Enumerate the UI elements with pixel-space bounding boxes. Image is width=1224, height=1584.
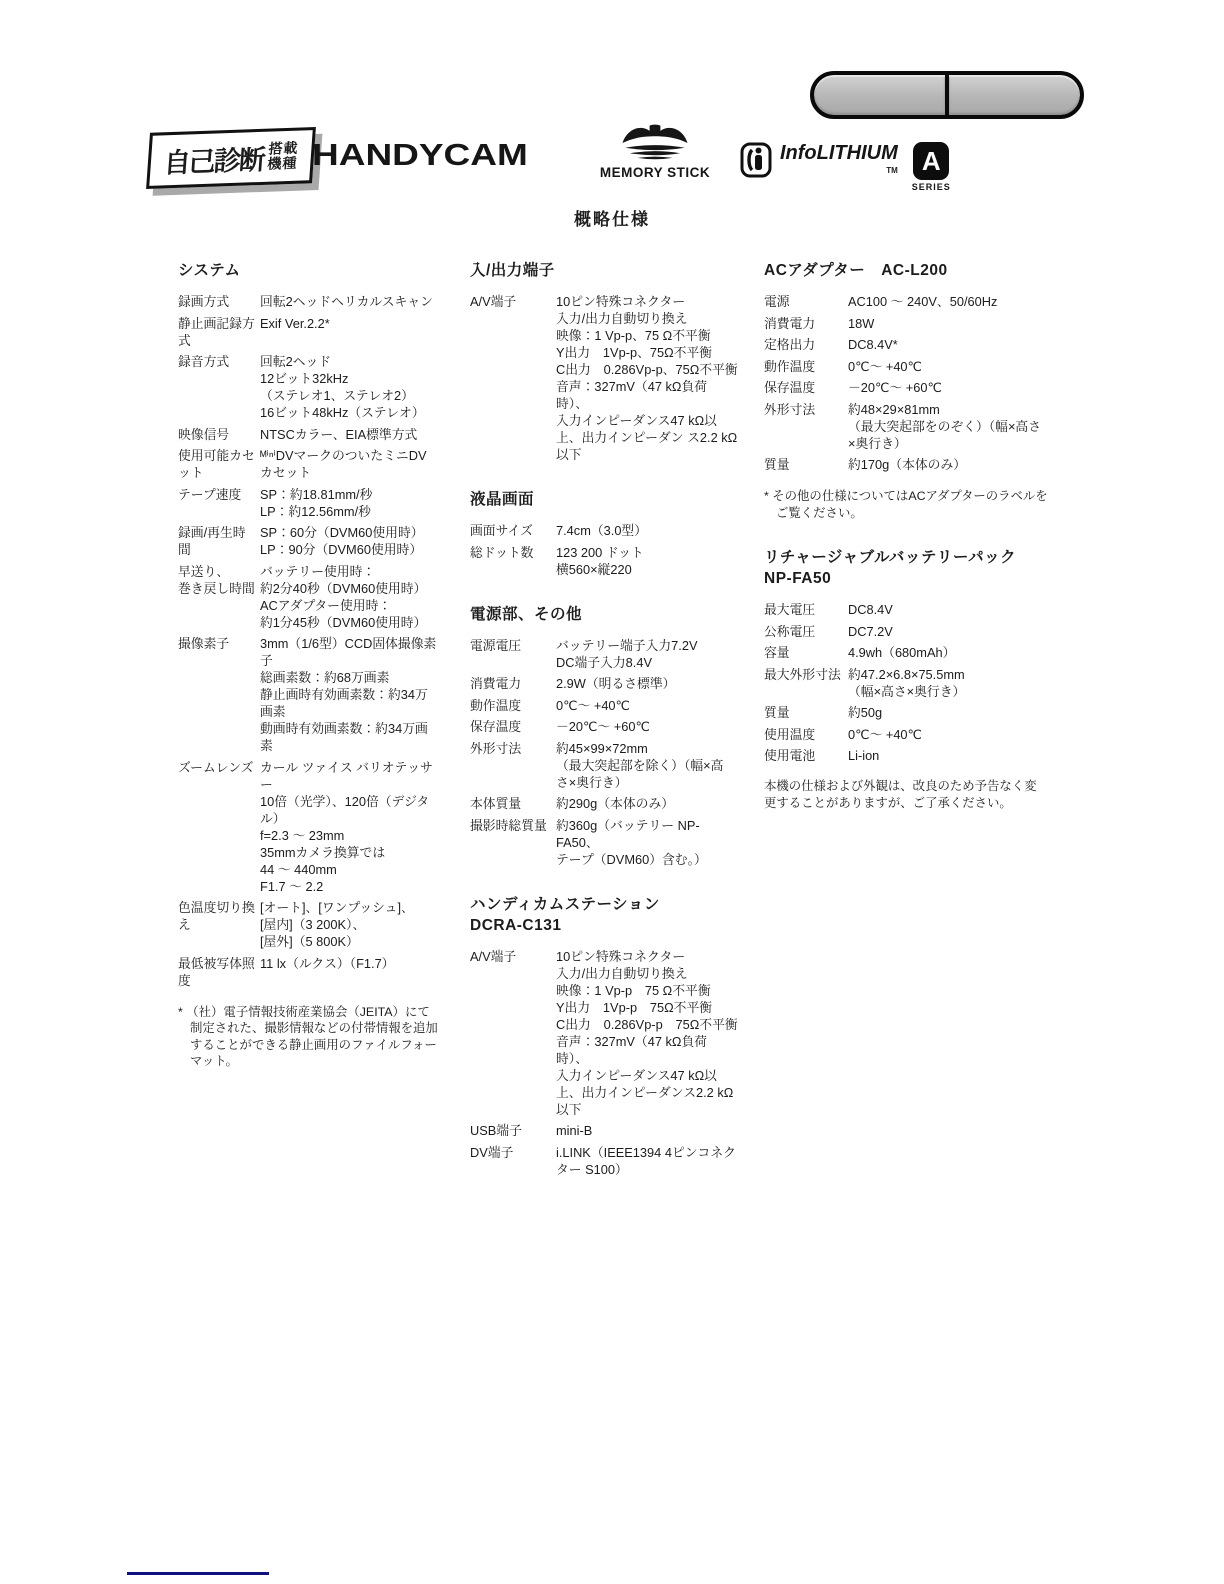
handycam-logo: HANDYCAM	[312, 138, 572, 172]
spec-value: DC8.4V	[848, 601, 1048, 618]
spec-section: 電源部、その他電源電圧バッテリー端子入力7.2V DC端子入力8.4V消費電力2…	[470, 604, 738, 868]
spec-value: [オート]、[ワンプッシュ]、 [屋内]（3 200K）、 [屋外]（5 800…	[260, 899, 438, 950]
spec-row: テープ速度SP：約18.81mm/秒 LP：約12.56mm/秒	[178, 486, 438, 520]
spec-row: 録画/再生時間SP：60分（DVM60使用時） LP：90分（DVM60使用時）	[178, 524, 438, 558]
spec-row: 撮像素子3mm（1/6型）CCD固体撮像素子 総画素数：約68万画素 静止画時有…	[178, 635, 438, 754]
spec-row: 動作温度0℃～ +40℃	[764, 358, 1048, 375]
spec-row: 公称電圧DC7.2V	[764, 623, 1048, 640]
spec-row: A/V端子10ピン特殊コネクター 入力/出力自動切り換え 映像：1 Vp-p、7…	[470, 293, 738, 463]
spec-label: 使用可能カセット	[178, 447, 260, 481]
spec-label: 録画/再生時間	[178, 524, 260, 558]
spec-value: AC100 ～ 240V、50/60Hz	[848, 293, 1048, 310]
spec-label: 画面サイズ	[470, 522, 556, 539]
spec-page: 自己診断 搭載 機種 HANDYCAM MEMORY STICK InfoLIT…	[0, 0, 1224, 1584]
spec-value: 回転2ヘッド 12ビット32kHz （ステレオ1、ステレオ2） 16ビット48k…	[260, 353, 438, 421]
spec-label: ズームレンズ	[178, 759, 260, 895]
spec-row: 録音方式回転2ヘッド 12ビット32kHz （ステレオ1、ステレオ2） 16ビッ…	[178, 353, 438, 421]
spec-label: 質量	[764, 704, 848, 721]
spec-row: 静止画記録方式Exif Ver.2.2*	[178, 315, 438, 349]
spec-label: 保存温度	[764, 379, 848, 396]
spec-value: 約170g（本体のみ）	[848, 456, 1048, 473]
spec-row: 色温度切り換え[オート]、[ワンプッシュ]、 [屋内]（3 200K）、 [屋外…	[178, 899, 438, 950]
footer-link-rule[interactable]	[127, 1572, 269, 1575]
spec-row: 画面サイズ7.4cm（3.0型）	[470, 522, 738, 539]
spec-value: 0℃～ +40℃	[848, 726, 1048, 743]
spec-value: 11 lx（ルクス）（F1.7）	[260, 955, 438, 989]
memory-stick-logo: MEMORY STICK	[590, 120, 720, 180]
spec-row: 最低被写体照度11 lx（ルクス）（F1.7）	[178, 955, 438, 989]
spec-label: 容量	[764, 644, 848, 661]
spec-row: 最大外形寸法約47.2×6.8×75.5mm （幅×高さ×奥行き）	[764, 666, 1048, 700]
spec-value: NTSCカラー、EIA標準方式	[260, 426, 438, 443]
infolithium-text: InfoLITHIUM	[780, 142, 898, 165]
spec-value: 2.9W（明るさ標準）	[556, 675, 738, 692]
spec-row: ズームレンズカール ツァイス バリオテッサー 10倍（光学）、120倍（デジタル…	[178, 759, 438, 895]
spec-value: i.LINK（IEEE1394 4ピンコネクター S100）	[556, 1144, 738, 1178]
spec-label: 使用温度	[764, 726, 848, 743]
spec-label: 使用電池	[764, 747, 848, 764]
spec-row: A/V端子10ピン特殊コネクター 入力/出力自動切り換え 映像：1 Vp-p 7…	[470, 948, 738, 1118]
spec-row: 保存温度－20℃～ +60℃	[470, 718, 738, 735]
spec-row: 使用温度0℃～ +40℃	[764, 726, 1048, 743]
spec-label: 撮影時総質量	[470, 817, 556, 868]
spec-label: 動作温度	[470, 697, 556, 714]
spec-label: 総ドット数	[470, 544, 556, 578]
spec-row: 総ドット数123 200 ドット 横560×縦220	[470, 544, 738, 578]
section-footnote: * （社）電子情報技術産業協会（JEITA）にて制定された、撮影情報などの付帯情…	[178, 1004, 438, 1070]
infolithium-logo: InfoLITHIUM TM A SERIES	[740, 142, 951, 192]
spec-row: 使用可能カセットᴹⁱⁿⁱDVマークのついたミニDVカセット	[178, 447, 438, 481]
section-title: リチャージャブルバッテリーパック NP-FA50	[764, 547, 1048, 589]
section-title: 電源部、その他	[470, 604, 738, 625]
spec-value: －20℃～ +60℃	[848, 379, 1048, 396]
spec-value: カール ツァイス バリオテッサー 10倍（光学）、120倍（デジタル） f=2.…	[260, 759, 438, 895]
spec-label: 動作温度	[764, 358, 848, 375]
spec-row: 消費電力2.9W（明るさ標準）	[470, 675, 738, 692]
spec-row: 容量4.9wh（680mAh）	[764, 644, 1048, 661]
spec-label: 質量	[764, 456, 848, 473]
spec-value: 4.9wh（680mAh）	[848, 644, 1048, 661]
spec-section: 液晶画面画面サイズ7.4cm（3.0型）総ドット数123 200 ドット 横56…	[470, 489, 738, 578]
spec-row: 外形寸法約48×29×81mm （最大突起部をのぞく）（幅×高さ×奥行き）	[764, 401, 1048, 452]
spec-row: 定格出力DC8.4V*	[764, 336, 1048, 353]
spec-label: 消費電力	[470, 675, 556, 692]
spec-value: 0℃～ +40℃	[848, 358, 1048, 375]
spec-label: 電源電圧	[470, 637, 556, 671]
spec-value: 約47.2×6.8×75.5mm （幅×高さ×奥行き）	[848, 666, 1048, 700]
spec-section: システム録画方式回転2ヘッドヘリカルスキャン静止画記録方式Exif Ver.2.…	[178, 260, 438, 1070]
spec-label: 録音方式	[178, 353, 260, 421]
spec-row: USB端子mini-B	[470, 1122, 738, 1139]
spec-label: A/V端子	[470, 293, 556, 463]
spec-value: 約50g	[848, 704, 1048, 721]
spec-label: 本体質量	[470, 795, 556, 812]
spec-row: 動作温度0℃～ +40℃	[470, 697, 738, 714]
section-footnote: * その他の仕様についてはACアダプターのラベルをご覧ください。	[764, 488, 1048, 521]
infolithium-tm: TM	[886, 166, 898, 175]
spec-column-acadapter-battery: ACアダプター AC-L200電源AC100 ～ 240V、50/60Hz消費電…	[764, 260, 1048, 811]
self-diagnosis-label: 自己診断	[163, 137, 266, 180]
spec-row: 消費電力18W	[764, 315, 1048, 332]
spec-value: 7.4cm（3.0型）	[556, 522, 738, 539]
spec-row: 最大電圧DC8.4V	[764, 601, 1048, 618]
self-diagnosis-sub-bottom: 機種	[267, 156, 298, 172]
spec-column-system: システム録画方式回転2ヘッドヘリカルスキャン静止画記録方式Exif Ver.2.…	[178, 260, 438, 1070]
spec-label: 最大外形寸法	[764, 666, 848, 700]
spec-row: 電源電圧バッテリー端子入力7.2V DC端子入力8.4V	[470, 637, 738, 671]
spec-value: 0℃～ +40℃	[556, 697, 738, 714]
nav-pill-left-button[interactable]	[814, 75, 945, 115]
spec-section: ハンディカムステーション DCRA-C131A/V端子10ピン特殊コネクター 入…	[470, 894, 738, 1178]
spec-label: 最大電圧	[764, 601, 848, 618]
a-series-label: SERIES	[912, 182, 951, 192]
spec-value: Li-ion	[848, 747, 1048, 764]
spec-value: 3mm（1/6型）CCD固体撮像素子 総画素数：約68万画素 静止画時有効画素数…	[260, 635, 438, 754]
spec-label: 撮像素子	[178, 635, 260, 754]
spec-row: 質量約170g（本体のみ）	[764, 456, 1048, 473]
page-title: 概略仕様	[0, 205, 1224, 230]
spec-row: 録画方式回転2ヘッドヘリカルスキャン	[178, 293, 438, 310]
spec-label: 定格出力	[764, 336, 848, 353]
self-diagnosis-badge: 自己診断 搭載 機種	[146, 127, 316, 189]
nav-pill	[810, 71, 1084, 119]
spec-section: リチャージャブルバッテリーパック NP-FA50最大電圧DC8.4V公称電圧DC…	[764, 547, 1048, 811]
spec-value: －20℃～ +60℃	[556, 718, 738, 735]
spec-label: テープ速度	[178, 486, 260, 520]
spec-label: 消費電力	[764, 315, 848, 332]
spec-value: DC8.4V*	[848, 336, 1048, 353]
spec-label: 録画方式	[178, 293, 260, 310]
spec-value: 約360g（バッテリー NP-FA50、 テープ（DVM60）含む。）	[556, 817, 738, 868]
spec-value: DC7.2V	[848, 623, 1048, 640]
self-diagnosis-sub: 搭載 機種	[267, 140, 299, 172]
section-title: システム	[178, 260, 438, 281]
spec-value: バッテリー使用時： 約2分40秒（DVM60使用時） ACアダプター使用時： 約…	[260, 563, 438, 631]
spec-row: 早送り、 巻き戻し時間バッテリー使用時： 約2分40秒（DVM60使用時） AC…	[178, 563, 438, 631]
spec-value: 18W	[848, 315, 1048, 332]
infolithium-wordmark: InfoLITHIUM TM	[780, 142, 898, 175]
spec-row: 撮影時総質量約360g（バッテリー NP-FA50、 テープ（DVM60）含む。…	[470, 817, 738, 868]
spec-label: 電源	[764, 293, 848, 310]
spec-row: 本体質量約290g（本体のみ）	[470, 795, 738, 812]
spec-value: 約48×29×81mm （最大突起部をのぞく）（幅×高さ×奥行き）	[848, 401, 1048, 452]
spec-value: 10ピン特殊コネクター 入力/出力自動切り換え 映像：1 Vp-p 75 Ω不平…	[556, 948, 738, 1118]
section-title: ハンディカムステーション DCRA-C131	[470, 894, 738, 936]
spec-label: 外形寸法	[764, 401, 848, 452]
spec-label: 色温度切り換え	[178, 899, 260, 950]
spec-label: A/V端子	[470, 948, 556, 1118]
spec-section: 入/出力端子A/V端子10ピン特殊コネクター 入力/出力自動切り換え 映像：1 …	[470, 260, 738, 463]
spec-label: 映像信号	[178, 426, 260, 443]
spec-value: 回転2ヘッドヘリカルスキャン	[260, 293, 438, 310]
spec-value: 約290g（本体のみ）	[556, 795, 738, 812]
spec-label: USB端子	[470, 1122, 556, 1139]
spec-row: 質量約50g	[764, 704, 1048, 721]
spec-row: 外形寸法約45×99×72mm （最大突起部を除く）（幅×高 さ×奥行き）	[470, 740, 738, 791]
section-title: 液晶画面	[470, 489, 738, 510]
spec-column-io-lcd-power-station: 入/出力端子A/V端子10ピン特殊コネクター 入力/出力自動切り換え 映像：1 …	[470, 260, 738, 1182]
infolithium-icon	[740, 142, 772, 178]
spec-label: 保存温度	[470, 718, 556, 735]
spec-label: 早送り、 巻き戻し時間	[178, 563, 260, 631]
spec-label: 静止画記録方式	[178, 315, 260, 349]
spec-label: DV端子	[470, 1144, 556, 1178]
spec-value: 約45×99×72mm （最大突起部を除く）（幅×高 さ×奥行き）	[556, 740, 738, 791]
section-title: 入/出力端子	[470, 260, 738, 281]
spec-row: DV端子i.LINK（IEEE1394 4ピンコネクター S100）	[470, 1144, 738, 1178]
spec-row: 映像信号NTSCカラー、EIA標準方式	[178, 426, 438, 443]
section-title: ACアダプター AC-L200	[764, 260, 1048, 281]
spec-value: SP：約18.81mm/秒 LP：約12.56mm/秒	[260, 486, 438, 520]
spec-value: バッテリー端子入力7.2V DC端子入力8.4V	[556, 637, 738, 671]
spec-section: ACアダプター AC-L200電源AC100 ～ 240V、50/60Hz消費電…	[764, 260, 1048, 521]
spec-label: 最低被写体照度	[178, 955, 260, 989]
spec-value: SP：60分（DVM60使用時） LP：90分（DVM60使用時）	[260, 524, 438, 558]
infolithium-a-series: A SERIES	[912, 142, 951, 192]
a-series-icon: A	[913, 142, 949, 180]
memory-stick-label: MEMORY STICK	[600, 165, 710, 180]
spec-label: 公称電圧	[764, 623, 848, 640]
spec-row: 電源AC100 ～ 240V、50/60Hz	[764, 293, 1048, 310]
spec-label: 外形寸法	[470, 740, 556, 791]
spec-row: 保存温度－20℃～ +60℃	[764, 379, 1048, 396]
spec-value: mini-B	[556, 1122, 738, 1139]
spec-row: 使用電池Li-ion	[764, 747, 1048, 764]
nav-pill-right-button[interactable]	[949, 75, 1080, 115]
spec-value: Exif Ver.2.2*	[260, 315, 438, 349]
spec-value: 10ピン特殊コネクター 入力/出力自動切り換え 映像：1 Vp-p、75 Ω不平…	[556, 293, 738, 463]
memory-stick-icon	[603, 120, 707, 162]
spec-value: 123 200 ドット 横560×縦220	[556, 544, 738, 578]
spec-value: ᴹⁱⁿⁱDVマークのついたミニDVカセット	[260, 447, 438, 481]
section-note: 本機の仕様および外観は、改良のため予告なく変更することがありますが、ご了承くださ…	[764, 778, 1048, 811]
